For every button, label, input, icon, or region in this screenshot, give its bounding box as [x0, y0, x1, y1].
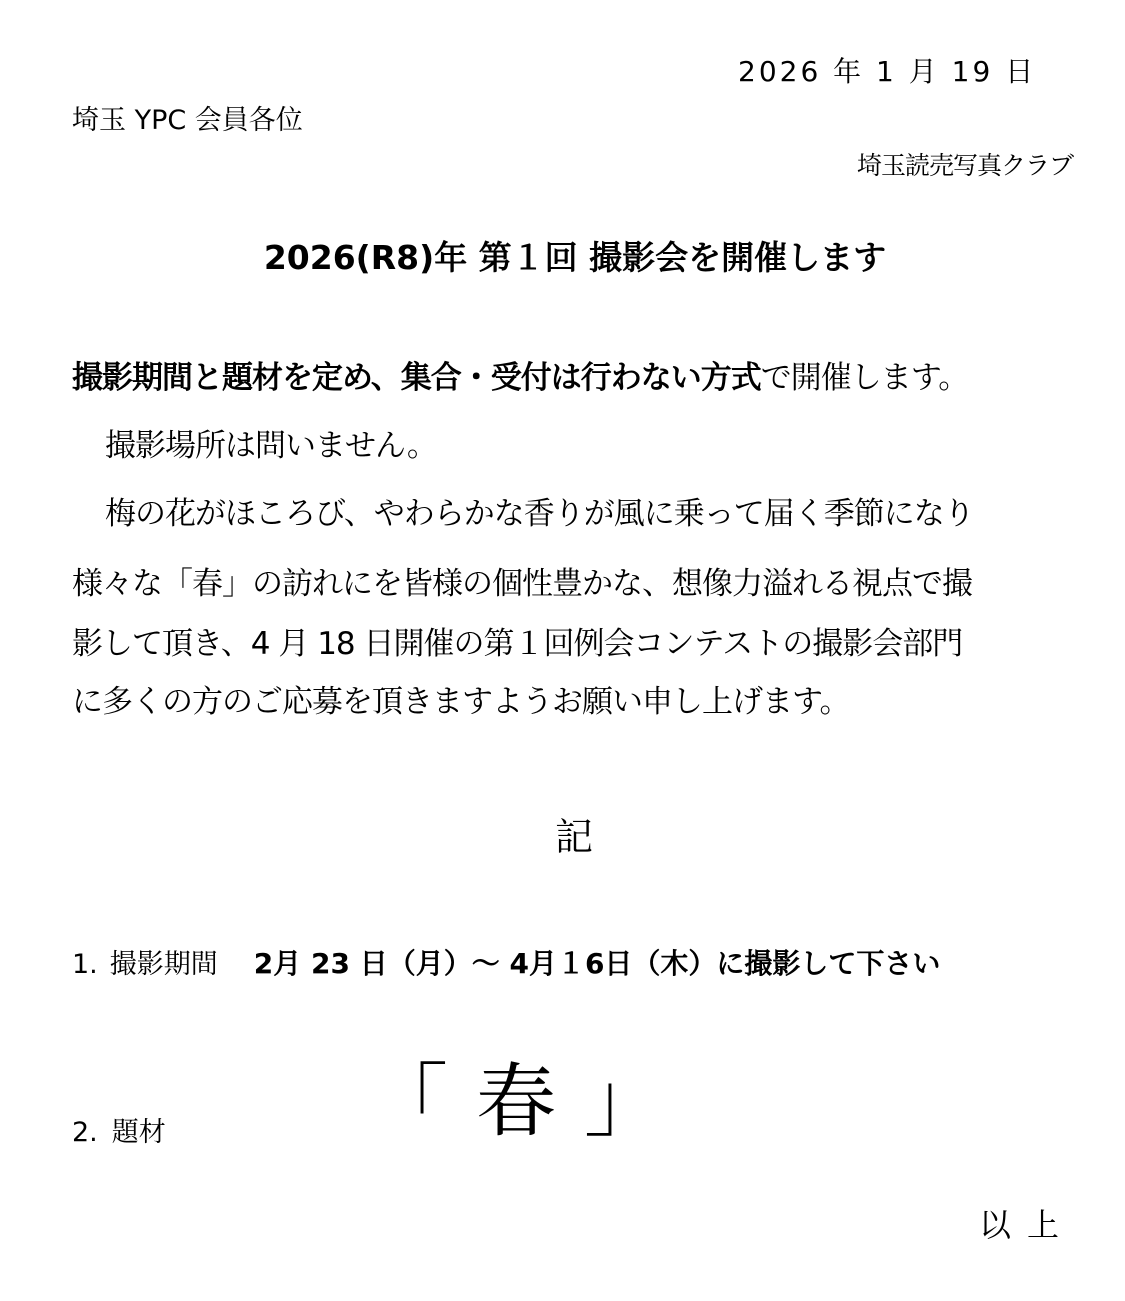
ki-heading: 記: [555, 806, 593, 861]
document-date: 2026 年 1 月 19 日: [738, 50, 1036, 90]
paragraph-method: 撮影期間と題材を定め、集合・受付は行わない方式で開催します。: [72, 352, 968, 397]
paragraph-body-line-1: 梅の花がほころび、やわらかな香りが風に乗って届く季節になり: [105, 488, 974, 533]
method-emphasis: 撮影期間と題材を定め、集合・受付は行わない方式: [72, 360, 761, 396]
item-label: 撮影期間: [110, 949, 218, 980]
closing-mark: 以上: [979, 1200, 1075, 1246]
close-bracket: 」: [584, 1062, 664, 1142]
theme-word: 春: [476, 1055, 556, 1148]
document-title: 2026(R8)年 第１回 撮影会を開催します: [0, 232, 1125, 279]
paragraph-body-line-2: 様々な「春」の訪れにを皆様の個性豊かな、想像力溢れる視点で撮: [72, 558, 972, 603]
item-shooting-period: 1.撮影期間2月 23 日（月）～ 4月１6日（木）に撮影して下さい: [72, 942, 940, 982]
item-theme: 2.題材: [72, 1110, 166, 1149]
sender: 埼玉読売写真クラブ: [857, 146, 1073, 182]
paragraph-body-line-4: に多くの方のご応募を頂きますようお願い申し上げます。: [72, 676, 850, 721]
item-number: 2.: [72, 1117, 98, 1148]
open-bracket: 「: [368, 1062, 448, 1142]
item-number: 1.: [72, 949, 98, 980]
item-value: 2月 23 日（月）～ 4月１6日（木）に撮影して下さい: [254, 947, 941, 980]
item-label: 題材: [112, 1117, 166, 1148]
paragraph-body-line-3: 影して頂き、4 月 18 日開催の第１回例会コンテストの撮影会部門: [72, 618, 962, 663]
method-text: で開催します。: [761, 360, 969, 396]
paragraph-location: 撮影場所は問いません。: [105, 420, 437, 465]
recipient: 埼玉 YPC 会員各位: [72, 98, 303, 137]
theme-value: 「春」: [368, 1062, 664, 1142]
